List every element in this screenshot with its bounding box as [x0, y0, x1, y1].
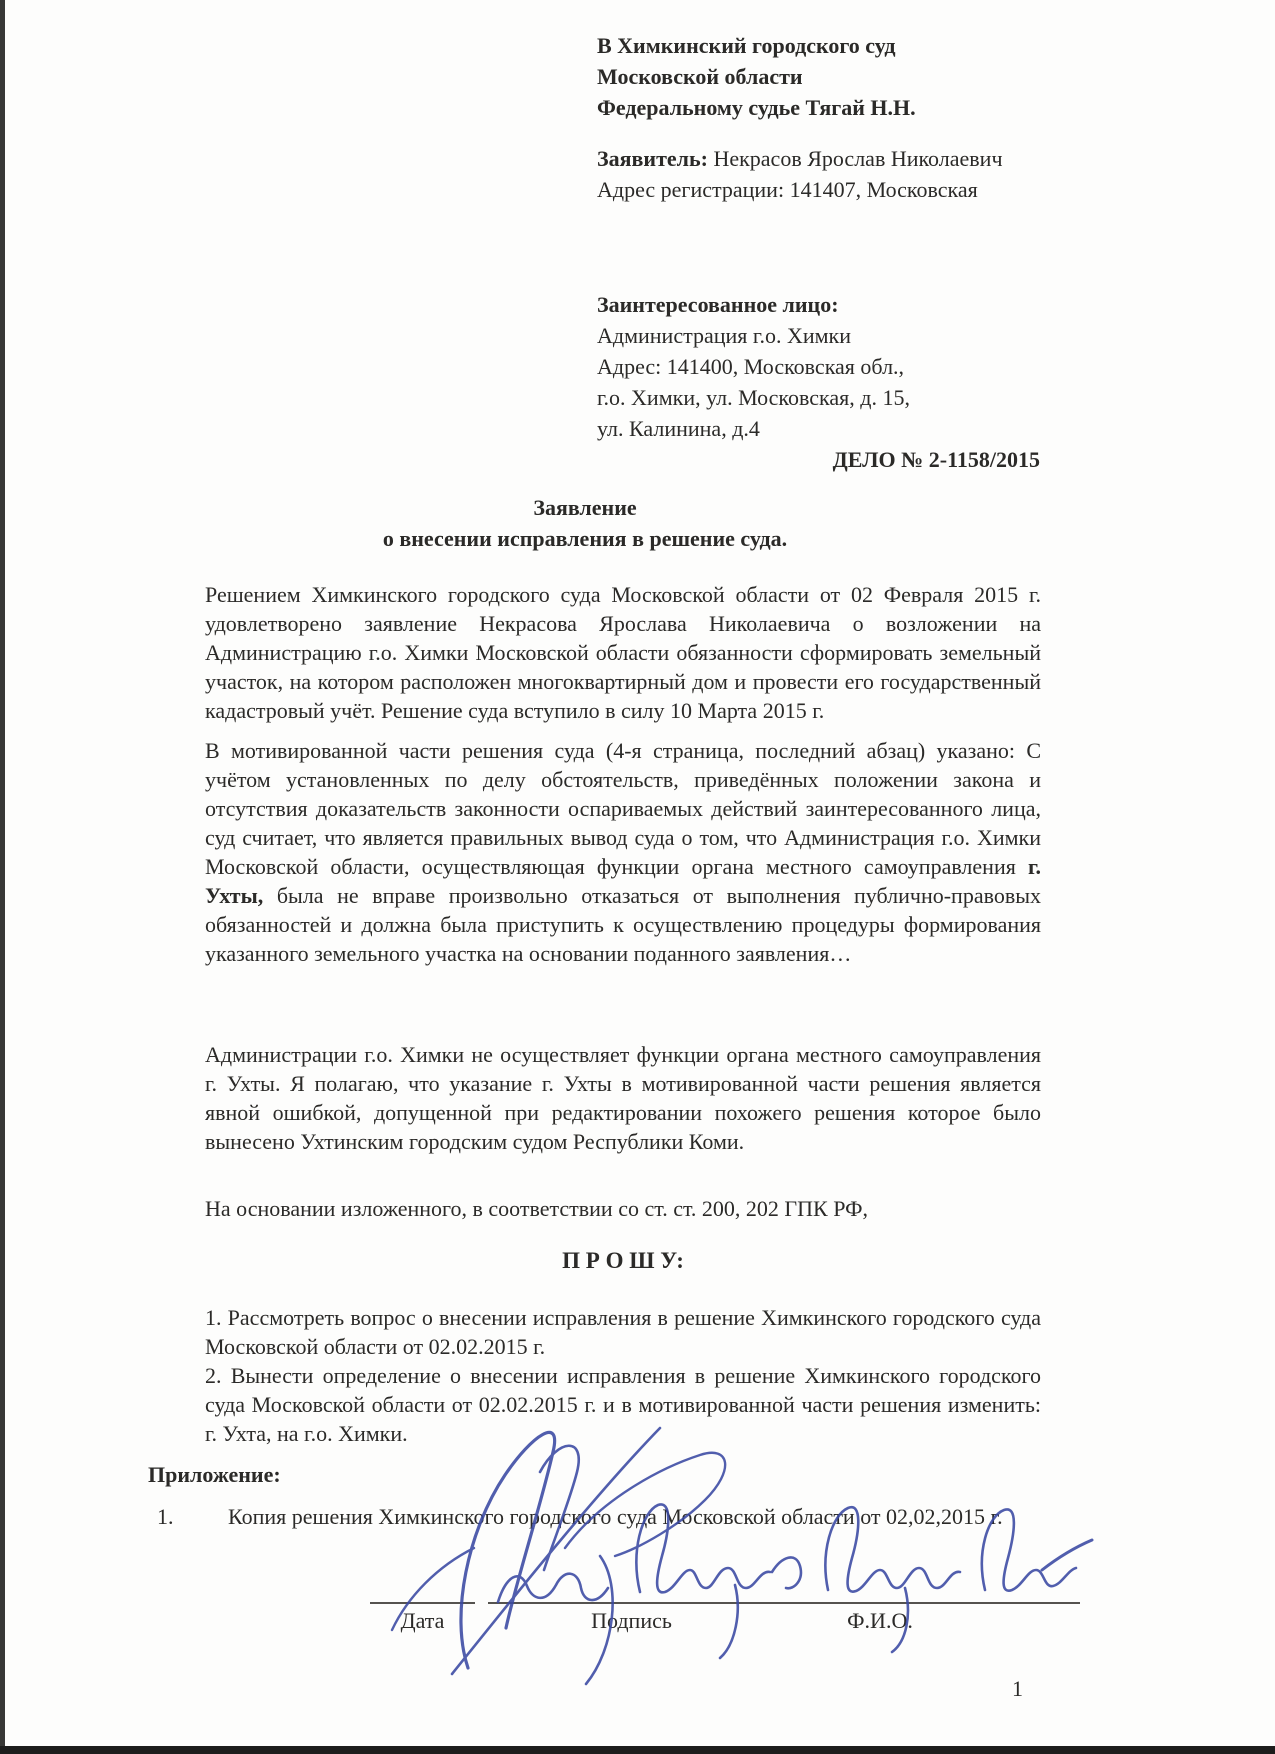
fullname-label: Ф.И.О.	[680, 1608, 1080, 1634]
interested-party-line-1: Администрация г.о. Химки	[597, 320, 1040, 351]
spacer	[597, 123, 1040, 143]
paragraph-motivation-after: была не вправе произвольно отказаться от…	[205, 883, 1041, 966]
court-line-2: Московской области	[597, 61, 1040, 92]
court-line-3: Федеральному судье Тягай Н.Н.	[597, 92, 1040, 123]
paragraph-motivation-before: В мотивированной части решения суда (4-я…	[205, 738, 1041, 879]
applicant-address: Адрес регистрации: 141407, Московская	[597, 174, 1040, 205]
header-block: В Химкинский городского суд Московской о…	[597, 30, 1040, 475]
paragraph-motivation: В мотивированной части решения суда (4-я…	[205, 736, 1041, 968]
interested-party-line-4: ул. Калинина, д.4	[597, 413, 1040, 444]
page-number: 1	[1012, 1676, 1023, 1702]
attachment-item-number: 1.	[157, 1504, 174, 1530]
fullname-line	[680, 1602, 1080, 1604]
applicant-label: Заявитель:	[597, 146, 708, 171]
attachment-heading: Приложение:	[148, 1462, 281, 1488]
title-line-2: о внесении исправления в решение суда.	[140, 523, 1030, 554]
scan-edge-bottom	[0, 1746, 1275, 1754]
date-label: Дата	[370, 1608, 475, 1634]
interested-party-line-2: Адрес: 141400, Московская обл.,	[597, 351, 1040, 382]
scanned-court-application-page: В Химкинский городского суд Московской о…	[0, 0, 1275, 1754]
request-item-2: 2. Вынести определение о внесении исправ…	[205, 1361, 1041, 1448]
scan-edge-left	[0, 0, 5, 1754]
paragraph-error-claim: Администрации г.о. Химки не осуществляет…	[205, 1040, 1041, 1156]
interested-party-label: Заинтересованное лицо:	[597, 289, 1040, 320]
applicant-line: Заявитель: Некрасов Ярослав Николаевич	[597, 143, 1040, 174]
request-item-1: 1. Рассмотреть вопрос о внесении исправл…	[205, 1303, 1041, 1361]
date-line	[370, 1602, 475, 1604]
request-heading: П Р О Ш У:	[205, 1248, 1041, 1274]
attachment-item-text: Копия решения Химкинского городского суд…	[228, 1504, 1043, 1530]
paragraph-legal-basis: На основании изложенного, в соответствии…	[205, 1194, 1041, 1223]
spacer	[597, 205, 1040, 289]
court-line-1: В Химкинский городского суд	[597, 30, 1040, 61]
paragraph-decision: Решением Химкинского городского суда Мос…	[205, 580, 1041, 725]
applicant-name: Некрасов Ярослав Николаевич	[708, 146, 1003, 171]
title-line-1: Заявление	[140, 492, 1030, 523]
document-title: Заявление о внесении исправления в решен…	[140, 492, 1030, 554]
case-number: ДЕЛО № 2-1158/2015	[597, 444, 1040, 475]
interested-party-line-3: г.о. Химки, ул. Московская, д. 15,	[597, 382, 1040, 413]
